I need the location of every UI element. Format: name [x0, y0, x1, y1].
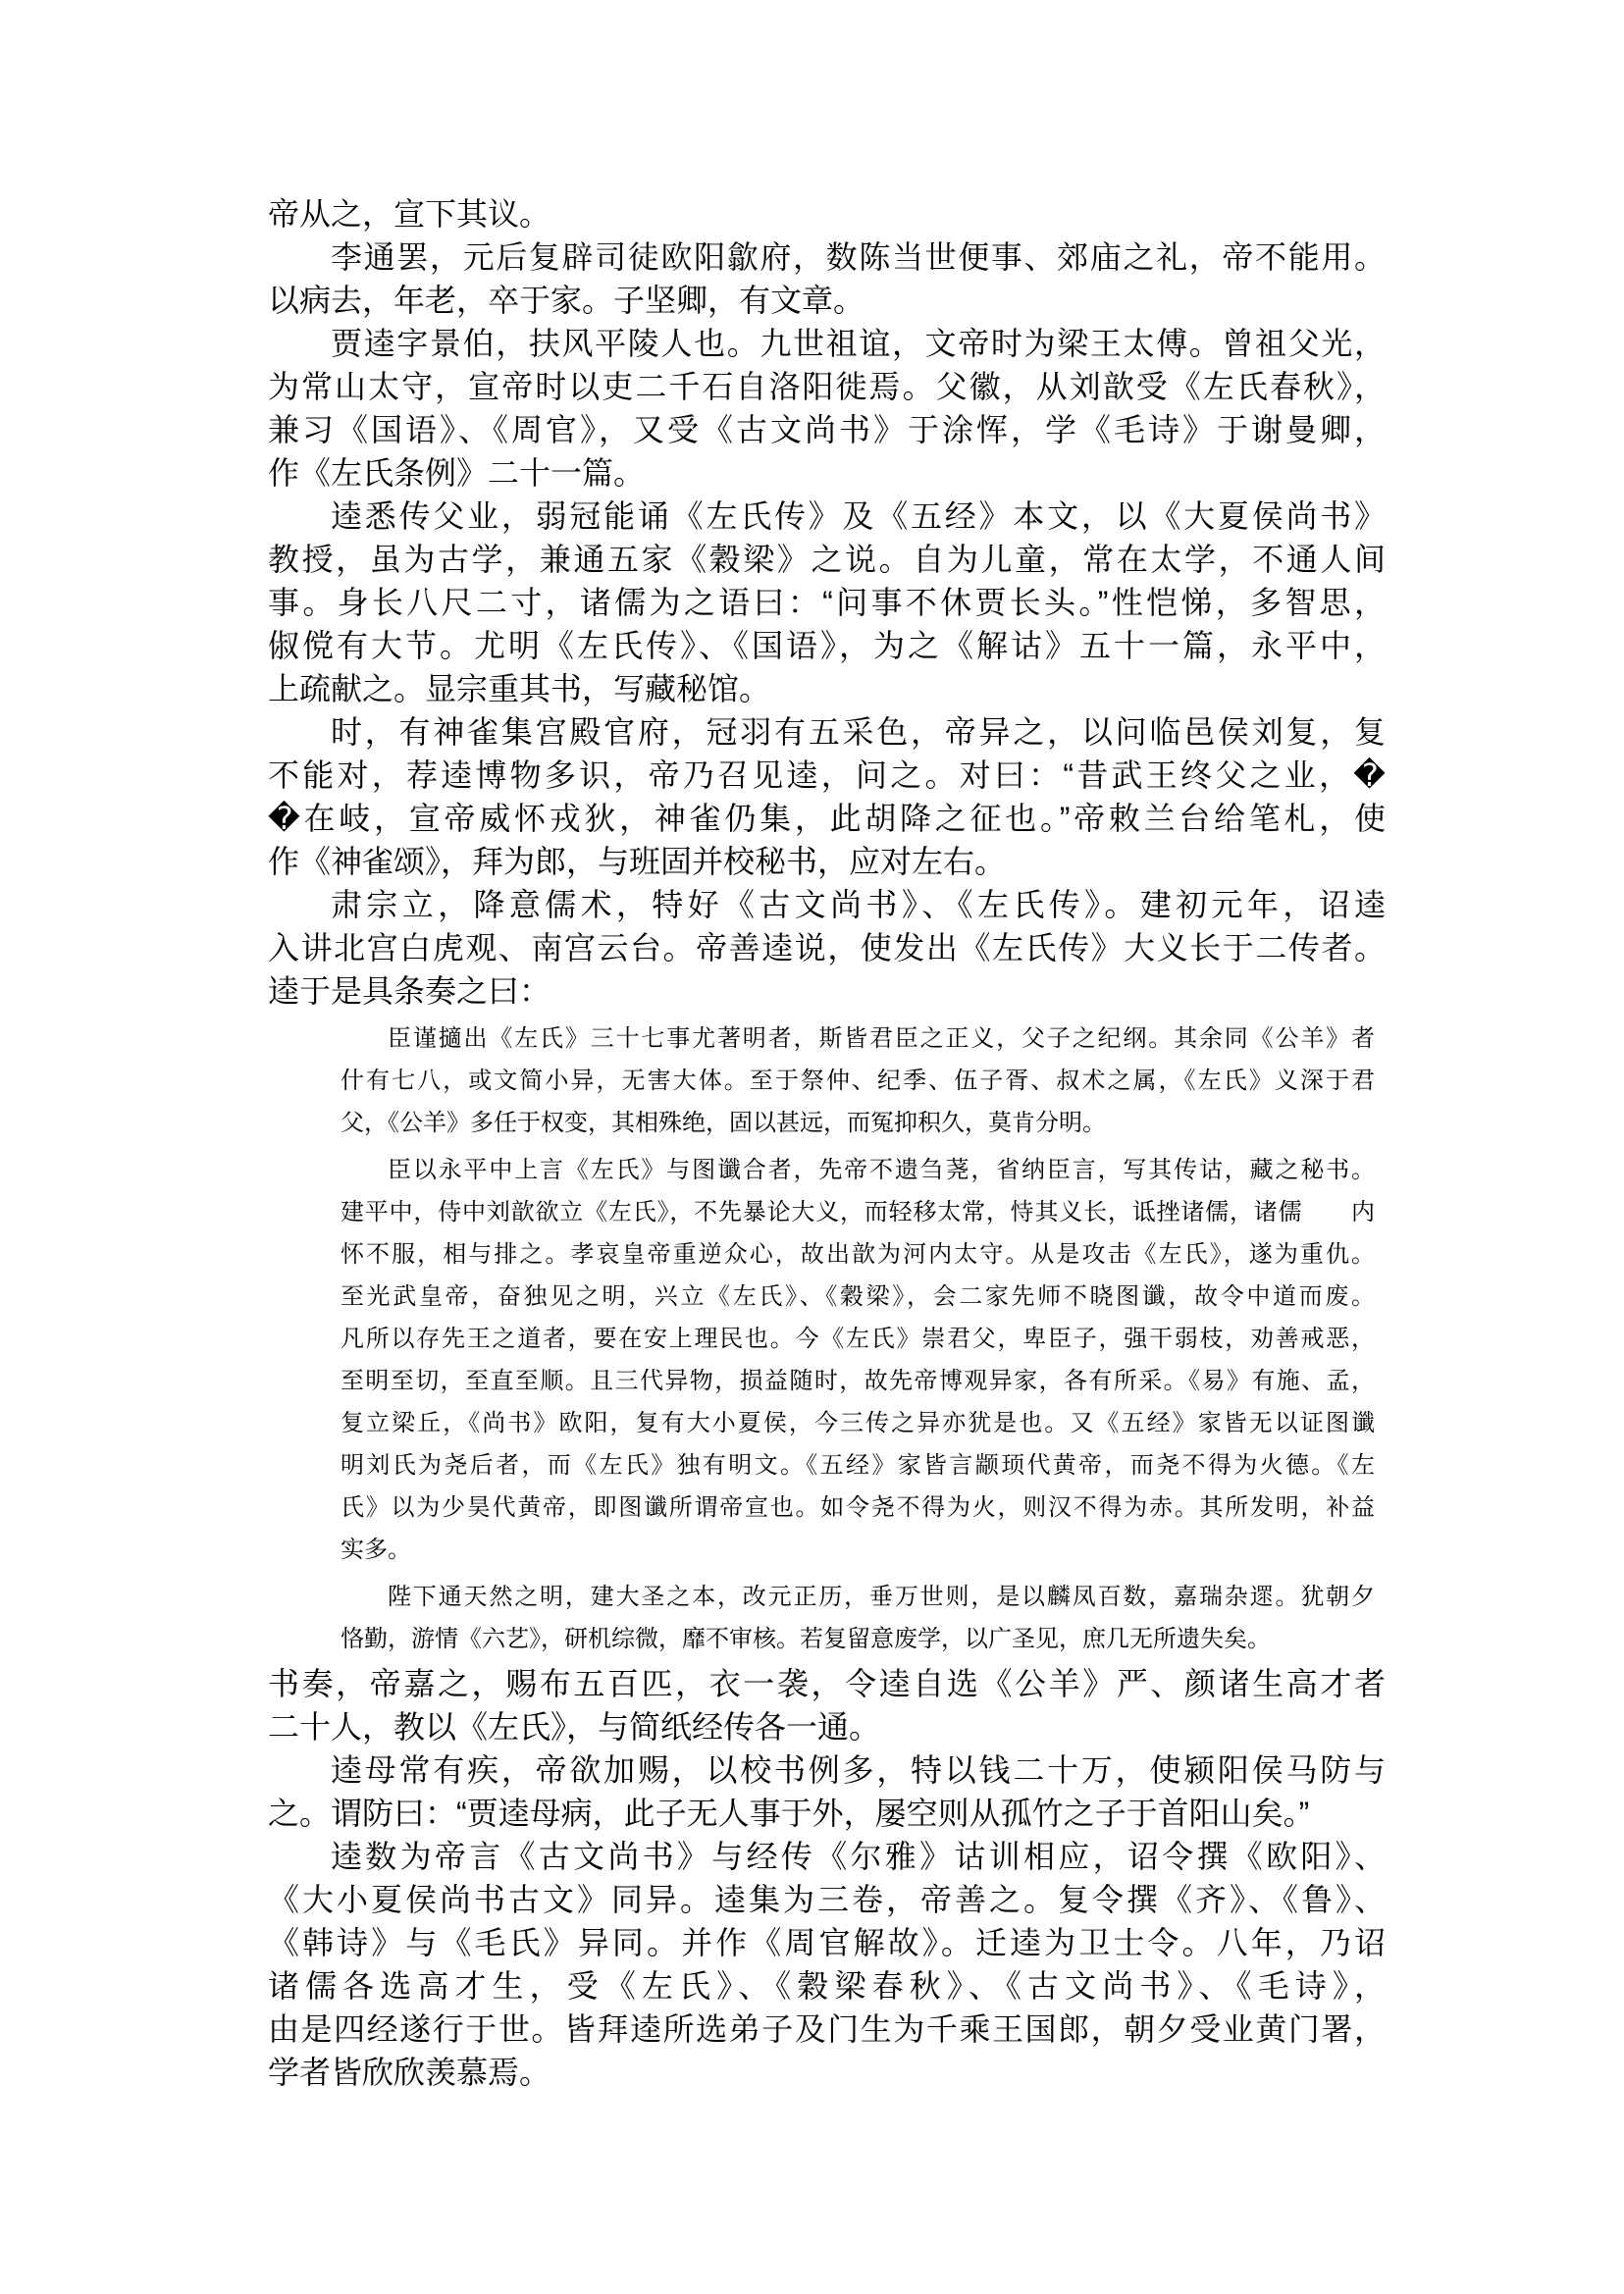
- text-line: 诸儒各选高才生，受《左氏》、《穀梁春秋》、《古文尚书》、《毛诗》，: [268, 1964, 1386, 2007]
- text-line: 帝从之，宣下其议。: [268, 192, 1386, 235]
- text-line: 以病去，年老，卒于家。子坚卿，有文章。: [268, 279, 1386, 322]
- document-page: 帝从之，宣下其议。李通罢，元后复辟司徒欧阳歙府，数陈当世便事、郊庙之礼，帝不能用…: [0, 0, 1624, 2294]
- text-line: 事。身长八尺二寸，诸儒为之语曰：“问事不休贾长头。”性恺悌，多智思，: [268, 581, 1386, 624]
- text-line: 怀不服，相与排之。孝哀皇帝重逆众心，故出歆为河内太守。从是攻击《左氏》，遂为重仇…: [341, 1233, 1375, 1276]
- text-line: 《韩诗》与《毛氏》异同。并作《周官解故》。迁逵为卫士令。八年，乃诏: [268, 1921, 1386, 1964]
- text-line: 父，《公羊》多任于权变，其相殊绝，固以甚远，而冤抑积久，莫肯分明。: [341, 1102, 1375, 1144]
- text-line: 至明至切，至直至顺。且三代异物，损益随时，故先帝博观异家，各有所采。《易》有施、…: [341, 1360, 1375, 1402]
- text-line: 李通罢，元后复辟司徒欧阳歙府，数陈当世便事、郊庙之礼，帝不能用。: [268, 235, 1386, 279]
- text-line: 什有七八，或文简小异，无害大体。至于祭仲、纪季、伍子胥、叔术之属，《左氏》义深于…: [341, 1060, 1375, 1102]
- paragraph: 肃宗立，降意儒术，特好《古文尚书》、《左氏传》。建初元年，诏逵入讲北宫白虎观、南…: [268, 883, 1386, 1013]
- text-line: 臣以永平中上言《左氏》与图谶合者，先帝不遗刍荛，省纳臣言，写其传诂，藏之秘书。: [341, 1149, 1375, 1191]
- paragraph: 时，有神雀集宫殿官府，冠羽有五采色，帝异之，以问临邑侯刘复，复不能对，荐逵博物多…: [268, 710, 1386, 883]
- text-line: 之。谓防曰：“贾逵母病，此子无人事于外，屡空则从孤竹之子于首阳山矣。”: [268, 1792, 1386, 1835]
- text-line: 逵母常有疾，帝欲加赐，以校书例多，特以钱二十万，使颍阳侯马防与: [268, 1748, 1386, 1792]
- text-line: 上疏献之。显宗重其书，写藏秘馆。: [268, 667, 1386, 710]
- text-line: 不能对，荐逵博物多识，帝乃召见逵，问之。对曰：“昔武王终父之业，�: [268, 754, 1386, 797]
- paragraph: 贾逵字景伯，扶风平陵人也。九世祖谊，文帝时为梁王太傅。曾祖父光，为常山太守，宣帝…: [268, 322, 1386, 495]
- text-line: 氏》以为少昊代黄帝，即图谶所谓帝宣也。如令尧不得为火，则汉不得为赤。其所发明，补…: [341, 1486, 1375, 1529]
- text-line: 由是四经遂行于世。皆拜逵所选弟子及门生为千乘王国郎，朝夕受业黄门署，: [268, 2007, 1386, 2051]
- text-line: 肃宗立，降意儒术，特好《古文尚书》、《左氏传》。建初元年，诏逵: [268, 883, 1386, 926]
- text-line: 建平中，侍中刘歆欲立《左氏》，不先暴论大义，而轻移太常，恃其义长，诋挫诸儒，诸儒…: [341, 1191, 1375, 1233]
- text-line: 实多。: [341, 1529, 1375, 1571]
- paragraph: 逵悉传父业，弱冠能诵《左氏传》及《五经》本文，以《大夏侯尚书》教授，虽为古学，兼…: [268, 495, 1386, 710]
- text-line: 逵数为帝言《古文尚书》与经传《尔雅》诂训相应，诏令撰《欧阳》、: [268, 1835, 1386, 1878]
- text-line: 复立梁丘，《尚书》欧阳，复有大小夏侯，今三传之异亦犹是也。又《五经》家皆无以证图…: [341, 1402, 1375, 1444]
- text-content: 帝从之，宣下其议。李通罢，元后复辟司徒欧阳歙府，数陈当世便事、郊庙之礼，帝不能用…: [268, 192, 1386, 2094]
- text-line: 书奏，帝嘉之，赐布五百匹，衣一袭，令逵自选《公羊》严、颜诸生高才者: [268, 1662, 1386, 1705]
- text-line: 学者皆欣欣羡慕焉。: [268, 2051, 1386, 2094]
- text-line: 至光武皇帝，奋独见之明，兴立《左氏》、《穀梁》，会二家先师不晓图谶，故令中道而废…: [341, 1276, 1375, 1318]
- paragraph: 逵母常有疾，帝欲加赐，以校书例多，特以钱二十万，使颍阳侯马防与之。谓防曰：“贾逵…: [268, 1748, 1386, 1835]
- text-line: 《大小夏侯尚书古文》同异。逵集为三卷，帝善之。复令撰《齐》、《鲁》、: [268, 1878, 1386, 1921]
- text-line: 为常山太守，宣帝时以吏二千石自洛阳徙焉。父徽，从刘歆受《左氏春秋》，: [268, 365, 1386, 408]
- text-line: 时，有神雀集宫殿官府，冠羽有五采色，帝异之，以问临邑侯刘复，复: [268, 710, 1386, 754]
- quote-paragraph: 臣以永平中上言《左氏》与图谶合者，先帝不遗刍荛，省纳臣言，写其传诂，藏之秘书。建…: [341, 1149, 1375, 1571]
- text-line: �在岐，宣帝威怀戎狄，神雀仍集，此胡降之征也。”帝敕兰台给笔札，使: [268, 797, 1386, 840]
- quote-paragraph: 陛下通天然之明，建大圣之本，改元正历，垂万世则，是以麟凤百数，嘉瑞杂遝。犹朝夕恪…: [341, 1576, 1375, 1660]
- text-line: 入讲北宫白虎观、南宫云台。帝善逵说，使发出《左氏传》大义长于二传者。: [268, 926, 1386, 969]
- text-line: 凡所以存先王之道者，要在安上理民也。今《左氏》崇君父，卑臣子，强干弱枝，劝善戒恶…: [341, 1318, 1375, 1360]
- text-line: 逵于是具条奏之曰：: [268, 969, 1386, 1013]
- text-line: 陛下通天然之明，建大圣之本，改元正历，垂万世则，是以麟凤百数，嘉瑞杂遝。犹朝夕: [341, 1576, 1375, 1618]
- text-line: 恪勤，游情《六艺》，研机综微，靡不审核。若复留意废学，以广圣见，庶几无所遗失矣。: [341, 1618, 1375, 1660]
- quote-paragraph: 臣谨擿出《左氏》三十七事尤著明者，斯皆君臣之正义，父子之纪纲。其余同《公羊》者什…: [341, 1017, 1375, 1144]
- text-line: 二十人，教以《左氏》，与简纸经传各一通。: [268, 1705, 1386, 1748]
- text-line: 兼习《国语》、《周官》，又受《古文尚书》于涂恽，学《毛诗》于谢曼卿，: [268, 408, 1386, 451]
- text-line: 作《左氏条例》二十一篇。: [268, 451, 1386, 495]
- paragraph: 逵数为帝言《古文尚书》与经传《尔雅》诂训相应，诏令撰《欧阳》、《大小夏侯尚书古文…: [268, 1835, 1386, 2094]
- paragraph: 帝从之，宣下其议。: [268, 192, 1386, 235]
- text-line: 教授，虽为古学，兼通五家《穀梁》之说。自为儿童，常在太学，不通人间: [268, 538, 1386, 581]
- text-line: 臣谨擿出《左氏》三十七事尤著明者，斯皆君臣之正义，父子之纪纲。其余同《公羊》者: [341, 1017, 1375, 1060]
- text-line: 贾逵字景伯，扶风平陵人也。九世祖谊，文帝时为梁王太傅。曾祖父光，: [268, 322, 1386, 365]
- text-line: 逵悉传父业，弱冠能诵《左氏传》及《五经》本文，以《大夏侯尚书》: [268, 495, 1386, 538]
- text-line: 作《神雀颂》，拜为郎，与班固并校秘书，应对左右。: [268, 840, 1386, 883]
- text-line: 俶傥有大节。尤明《左氏传》、《国语》，为之《解诂》五十一篇，永平中，: [268, 624, 1386, 667]
- text-line: 明刘氏为尧后者，而《左氏》独有明文。《五经》家皆言颛顼代黄帝，而尧不得为火德。《…: [341, 1444, 1375, 1486]
- paragraph: 李通罢，元后复辟司徒欧阳歙府，数陈当世便事、郊庙之礼，帝不能用。以病去，年老，卒…: [268, 235, 1386, 322]
- paragraph: 书奏，帝嘉之，赐布五百匹，衣一袭，令逵自选《公羊》严、颜诸生高才者二十人，教以《…: [268, 1662, 1386, 1748]
